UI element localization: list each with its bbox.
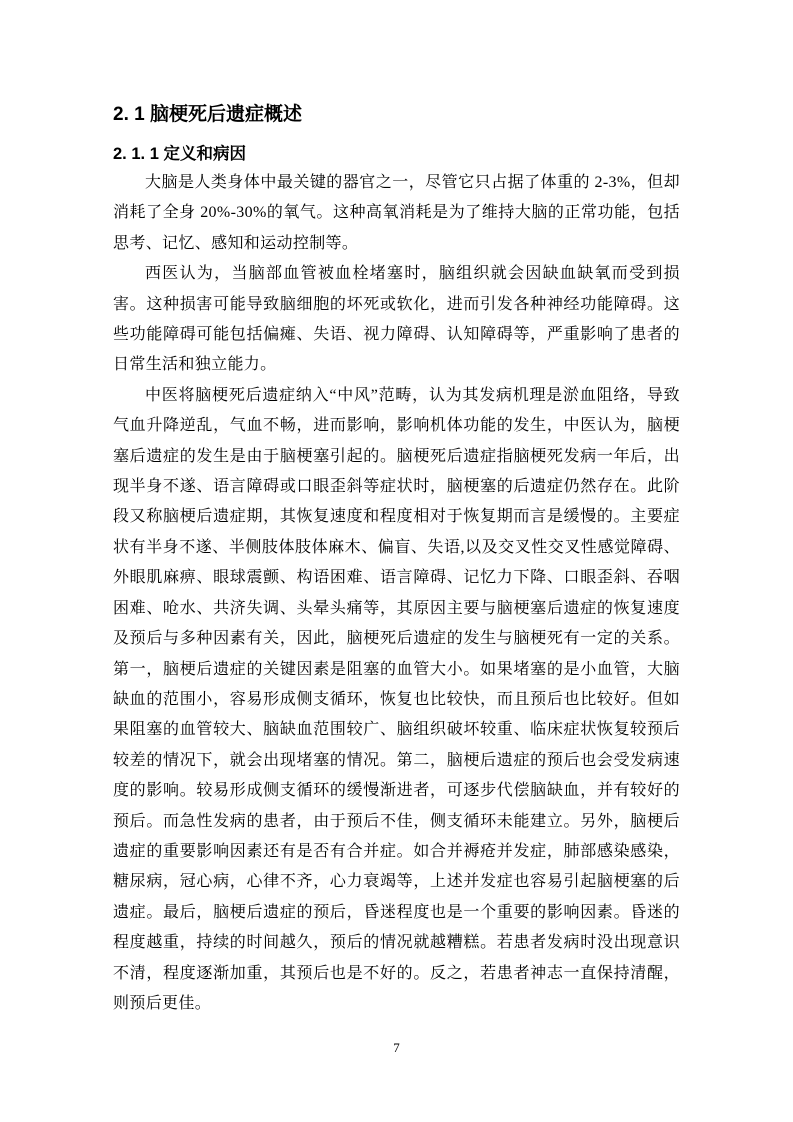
document-content: 2. 1 脑梗死后遗症概述 2. 1. 1 定义和病因 大脑是人类身体中最关键的… <box>113 0 680 1019</box>
paragraph-brain-importance: 大脑是人类身体中最关键的器官之一，尽管它只占据了体重的 2-3%，但却消耗了全身… <box>113 168 680 259</box>
paragraph-western-medicine-view: 西医认为，当脑部血管被血栓堵塞时，脑组织就会因缺血缺氧而受到损害。这种损害可能导… <box>113 259 680 381</box>
section-heading: 2. 1 脑梗死后遗症概述 <box>113 102 680 128</box>
document-page: 2. 1 脑梗死后遗症概述 2. 1. 1 定义和病因 大脑是人类身体中最关键的… <box>0 0 793 1122</box>
subsection-heading: 2. 1. 1 定义和病因 <box>113 143 680 165</box>
body-text: 大脑是人类身体中最关键的器官之一，尽管它只占据了体重的 2-3%，但却消耗了全身… <box>113 168 680 1019</box>
page-number: 7 <box>0 1040 793 1056</box>
paragraph-tcm-view-and-prognosis: 中医将脑梗死后遗症纳入“中风”范畴，认为其发病机理是淤血阻络，导致气血升降逆乱，… <box>113 381 680 1020</box>
